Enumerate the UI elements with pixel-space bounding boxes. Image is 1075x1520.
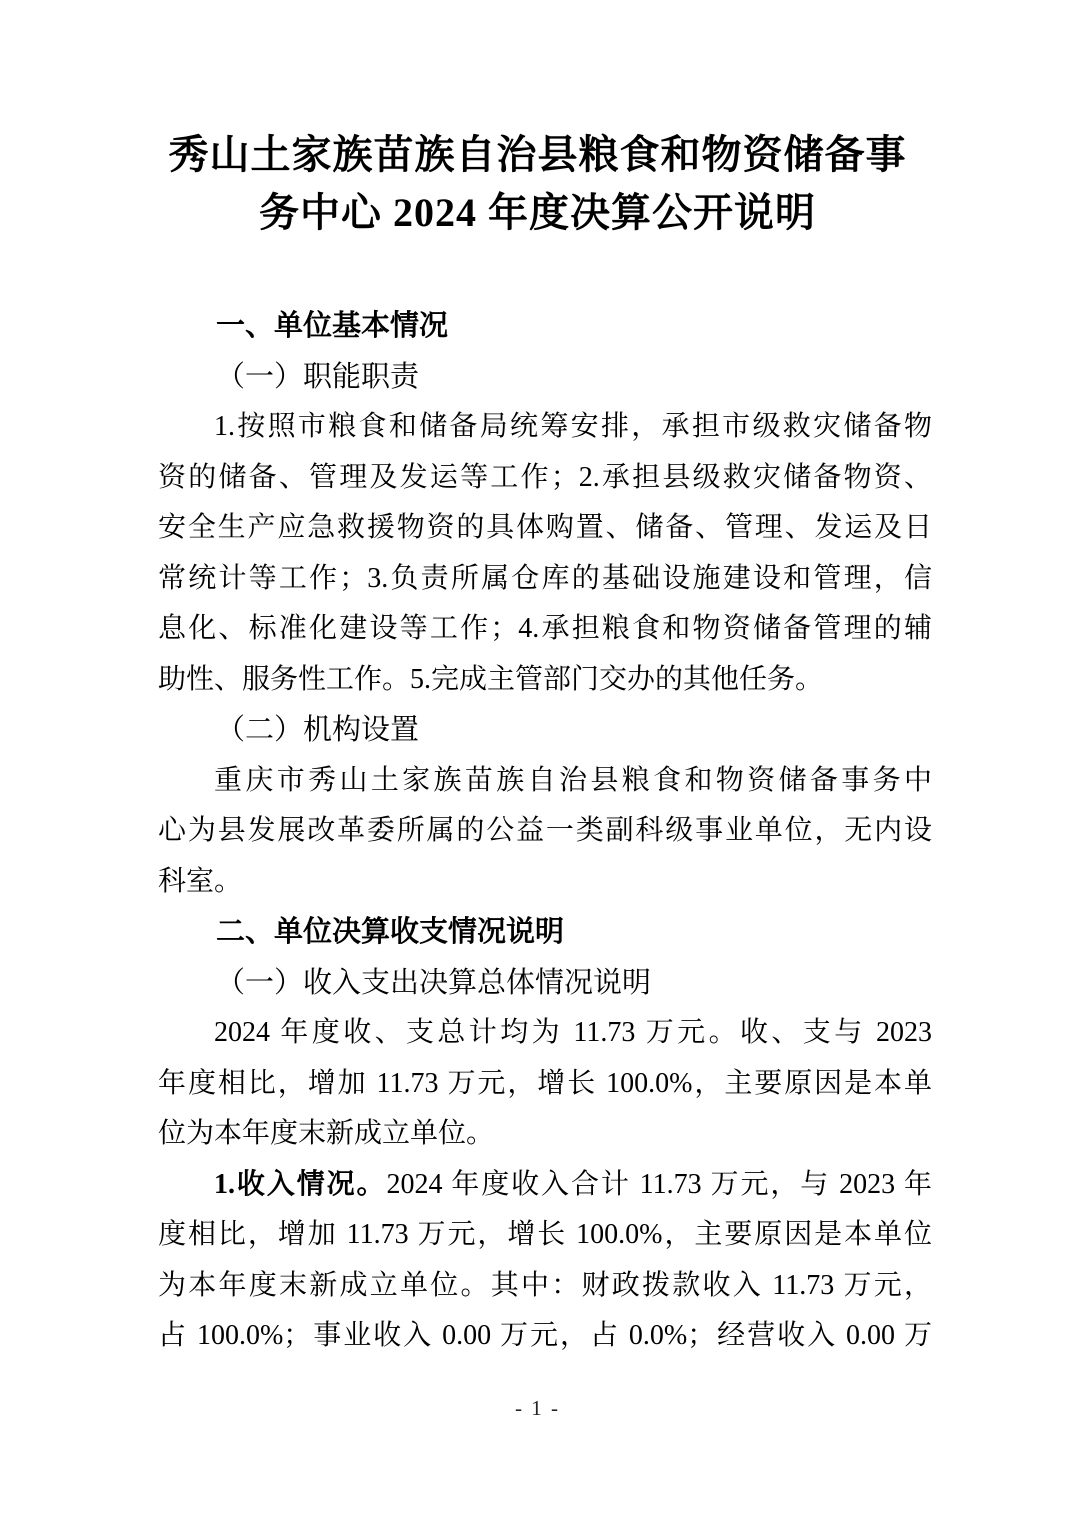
section-1-sub-2-heading: （二）机构设置: [158, 705, 932, 756]
page: 秀山土家族苗族自治县粮食和物资储备事 务中心 2024 年度决算公开说明 一、单…: [0, 0, 1075, 1520]
text-line: 安全生产应急救援物资的具体购置、储备、管理、发运及日: [158, 503, 932, 554]
text-line: 年度相比，增加 11.73 万元，增长 100.0%，主要原因是本单: [158, 1059, 932, 1110]
text-line: 息化、标准化建设等工作；4.承担粮食和物资储备管理的辅: [158, 604, 932, 655]
paragraph-bold-lead: 1.收入情况。: [214, 1169, 386, 1200]
text-line: 资的储备、管理及发运等工作；2.承担县级救灾储备物资、: [158, 453, 932, 504]
text-line: 为本年度末新成立单位。其中：财政拨款收入 11.73 万元，: [158, 1261, 932, 1312]
text-line: 2024 年度收、支总计均为 11.73 万元。收、支与 2023: [158, 1008, 932, 1059]
section-2-heading: 二、单位决算收支情况说明: [158, 907, 932, 958]
document-body: 一、单位基本情况 （一）职能职责 1.按照市粮食和储备局统筹安排，承担市级救灾储…: [158, 301, 932, 1362]
text-line: 1.收入情况。2024 年度收入合计 11.73 万元，与 2023 年: [158, 1160, 932, 1211]
document-title: 秀山土家族苗族自治县粮食和物资储备事 务中心 2024 年度决算公开说明: [0, 126, 1075, 242]
text-line: 科室。: [158, 857, 932, 908]
section-1-heading: 一、单位基本情况: [158, 301, 932, 352]
page-number: - 1 -: [515, 1396, 560, 1420]
section-2-sub-1-heading: （一）收入支出决算总体情况说明: [158, 958, 932, 1009]
text-line: 助性、服务性工作。5.完成主管部门交办的其他任务。: [158, 655, 932, 706]
document-title-line-1: 秀山土家族苗族自治县粮食和物资储备事: [0, 126, 1075, 184]
section-1-sub-1-heading: （一）职能职责: [158, 352, 932, 403]
text-line: 位为本年度末新成立单位。: [158, 1109, 932, 1160]
text-line: 常统计等工作；3.负责所属仓库的基础设施建设和管理，信: [158, 554, 932, 605]
text-line: 重庆市秀山土家族苗族自治县粮食和物资储备事务中: [158, 756, 932, 807]
paragraph-lead-rest: 2024 年度收入合计 11.73 万元，与 2023 年: [386, 1169, 932, 1200]
page-footer: - 1 -: [0, 1396, 1075, 1421]
text-line: 度相比，增加 11.73 万元，增长 100.0%，主要原因是本单位: [158, 1210, 932, 1261]
text-line: 占 100.0%；事业收入 0.00 万元，占 0.0%；经营收入 0.00 万: [158, 1311, 932, 1362]
text-line: 1.按照市粮食和储备局统筹安排，承担市级救灾储备物: [158, 402, 932, 453]
document-title-line-2: 务中心 2024 年度决算公开说明: [0, 184, 1075, 242]
text-line: 心为县发展改革委所属的公益一类副科级事业单位，无内设: [158, 806, 932, 857]
